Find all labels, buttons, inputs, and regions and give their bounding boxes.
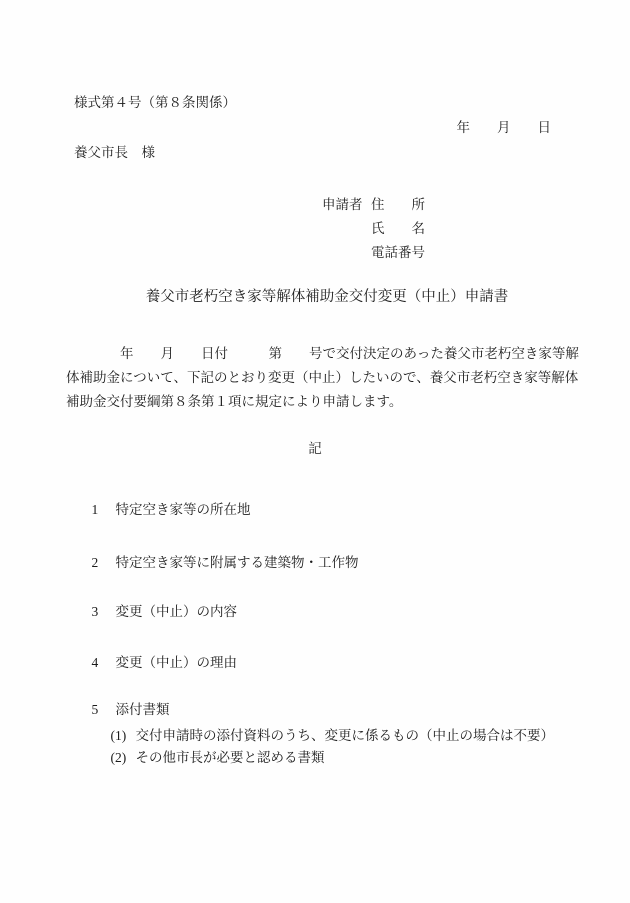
- record-marker: 記: [0, 440, 630, 458]
- body-line-2: 体補助金について、下記のとおり変更（中止）したいので、養父市老朽空き家等解体: [66, 366, 596, 390]
- applicant-address-label: 住 所: [371, 196, 425, 214]
- item-number: 2: [92, 554, 116, 572]
- applicant-phone-label: 電話番号: [371, 244, 425, 262]
- application-form-page: 様式第４号（第８条関係） 年 月 日 養父市長 様 申請者 住 所 氏 名 電話…: [0, 0, 630, 903]
- date-blank-line: 年 月 日: [457, 119, 552, 137]
- item-text: 変更（中止）の理由: [116, 655, 238, 670]
- item-text: 特定空き家等の所在地: [116, 502, 251, 517]
- item-number: 4: [92, 654, 116, 672]
- body-line-3: 補助金交付要綱第８条第１項に規定により申請します。: [66, 390, 596, 414]
- item-number: 3: [92, 603, 116, 621]
- form-number: 様式第４号（第８条関係）: [74, 94, 236, 112]
- list-item-2: 2特定空き家等に附属する建築物・工作物: [78, 536, 359, 590]
- sub-item-number: (2): [111, 749, 136, 767]
- applicant-label: 申請者: [322, 196, 363, 214]
- list-item-3: 3変更（中止）の内容: [78, 585, 237, 639]
- document-title: 養父市老朽空き家等解体補助金交付変更（中止）申請書: [0, 288, 630, 306]
- item-text: 変更（中止）の内容: [116, 604, 238, 619]
- list-item-4: 4変更（中止）の理由: [78, 636, 237, 690]
- item-number: 1: [92, 501, 116, 519]
- item-text: 特定空き家等に附属する建築物・工作物: [116, 555, 359, 570]
- sub-item-2: (2)その他市長が必要と認める書類: [97, 731, 325, 785]
- body-line-1: 年 月 日付 第 号で交付決定のあった養父市老朽空き家等解: [66, 342, 596, 366]
- sub-item-text: その他市長が必要と認める書類: [136, 750, 325, 765]
- list-item-1: 1特定空き家等の所在地: [78, 483, 251, 537]
- body-paragraph: 年 月 日付 第 号で交付決定のあった養父市老朽空き家等解 体補助金について、下…: [66, 342, 596, 414]
- addressee: 養父市長 様: [74, 144, 155, 162]
- applicant-name-label: 氏 名: [371, 220, 425, 238]
